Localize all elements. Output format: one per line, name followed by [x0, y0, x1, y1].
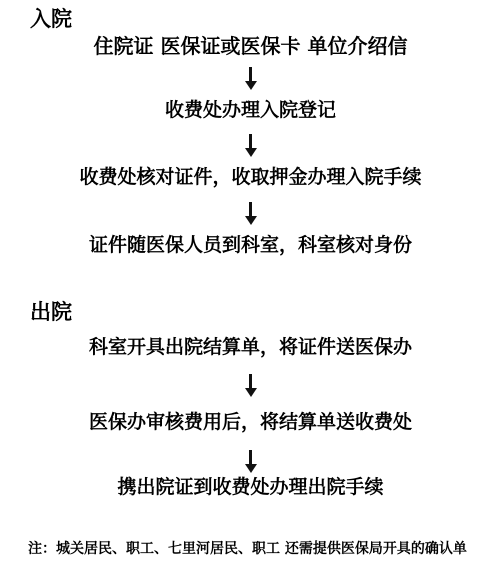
discharge-step-final-procedure: 携出院证到收费处办理出院手续 [20, 477, 481, 499]
down-arrow-icon [20, 67, 481, 91]
down-arrow-stem [249, 67, 252, 81]
discharge-step-audit-fees: 医保办审核费用后，将结算单送收费处 [20, 412, 481, 434]
down-arrow-stem [249, 202, 252, 216]
down-arrow-stem [249, 450, 252, 464]
flowchart-page: 入院 住院证 医保证或医保卡 单位介绍信 收费处办理入院登记 收费处核对证件，收… [0, 0, 481, 566]
down-arrow-head [245, 388, 257, 397]
admission-section-heading: 入院 [30, 9, 72, 30]
down-arrow-stem [249, 374, 252, 388]
down-arrow-icon [20, 134, 481, 158]
down-arrow-head [245, 148, 257, 157]
discharge-step-settlement-form: 科室开具出院结算单，将证件送医保办 [20, 337, 481, 359]
down-arrow-stem [249, 134, 252, 148]
down-arrow-head [245, 216, 257, 225]
admission-step-registration: 收费处办理入院登记 [20, 100, 481, 122]
down-arrow-icon [20, 374, 481, 398]
discharge-section-heading: 出院 [30, 302, 72, 323]
admission-step-documents: 住院证 医保证或医保卡 单位介绍信 [20, 35, 481, 58]
admission-step-verify-deposit: 收费处核对证件，收取押金办理入院手续 [20, 167, 481, 189]
admission-step-department-check: 证件随医保人员到科室，科室核对身份 [20, 235, 481, 257]
down-arrow-icon [20, 202, 481, 226]
footnote: 注：城关居民、职工、七里河居民、职工 还需提供医保局开具的确认单 [28, 540, 467, 558]
down-arrow-head [245, 81, 257, 90]
down-arrow-icon [20, 450, 481, 474]
down-arrow-head [245, 464, 257, 473]
